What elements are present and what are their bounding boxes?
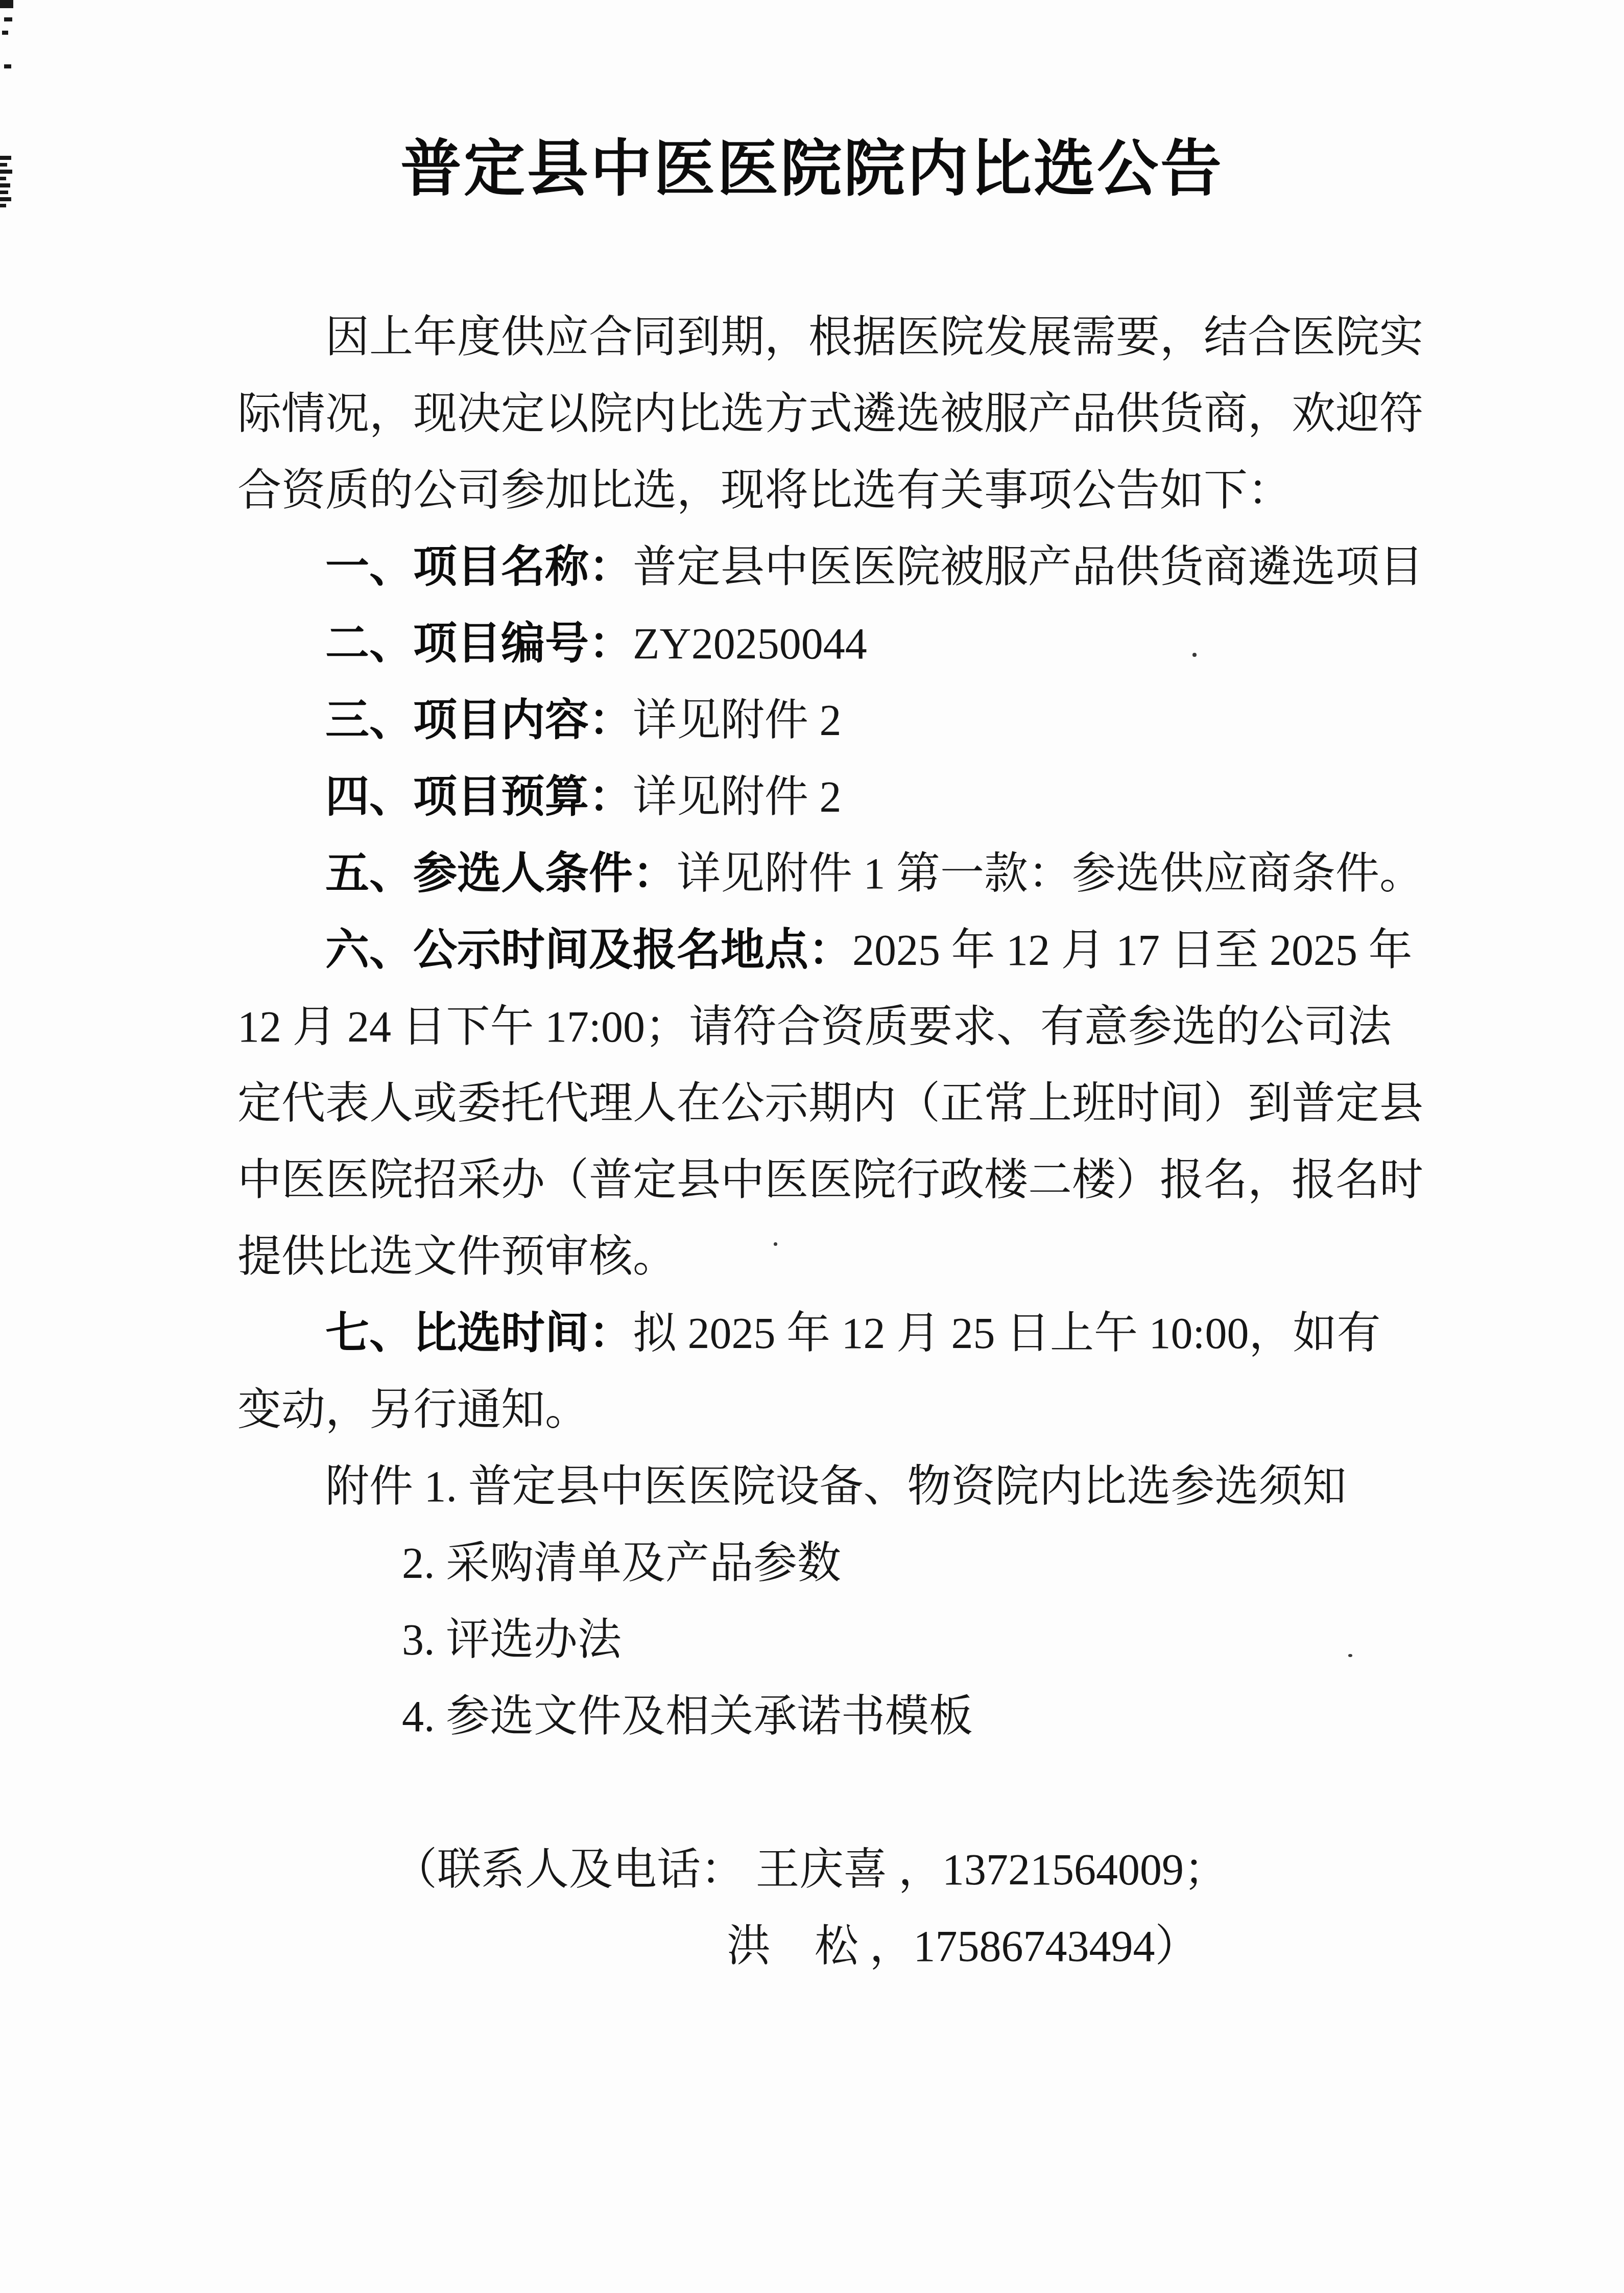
body-line: 七、比选时间：拟 2025 年 12 月 25 日上午 10:00，如有 xyxy=(237,1295,1427,1372)
line-text: 普定县中医医院被服产品供货商遴选项目 xyxy=(633,542,1423,592)
line-text: 际情况，现决定以院内比选方式遴选被服产品供货商，欢迎符 xyxy=(237,389,1423,438)
body-line: 五、参选人条件：详见附件 1 第一款：参选供应商条件。 xyxy=(237,835,1427,912)
body-line: 合资质的公司参加比选，现将比选有关事项公告如下： xyxy=(237,452,1427,529)
blank-line xyxy=(237,1755,1427,1831)
line-text: 详见附件 2 xyxy=(633,772,842,821)
line-text: 变动，另行通知。 xyxy=(237,1385,589,1434)
attachment-item: 附件 1. 普定县中医医院设备、物资院内比选参选须知 xyxy=(325,1462,1347,1511)
body-line: 四、项目预算：详见附件 2 xyxy=(237,759,1427,835)
line-text: 详见附件 1 第一款：参选供应商条件。 xyxy=(677,849,1423,898)
line-text: 合资质的公司参加比选，现将比选有关事项公告如下： xyxy=(237,466,1292,515)
attachment-item: 4. 参选文件及相关承诺书模板 xyxy=(402,1692,973,1741)
body-line: 六、公示时间及报名地点：2025 年 12 月 17 日至 2025 年 xyxy=(237,912,1427,988)
line-text: ZY20250044 xyxy=(633,619,867,668)
contact-info: （联系人及电话： 王庆喜 ，13721564009； xyxy=(393,1845,1228,1894)
body-line: 一、项目名称：普定县中医医院被服产品供货商遴选项目 xyxy=(237,529,1427,605)
item-label: 三、项目内容： xyxy=(325,696,633,745)
item-label: 六、公示时间及报名地点： xyxy=(325,926,852,975)
item-label: 四、项目预算： xyxy=(325,772,633,821)
body-line: 中医医院招采办（普定县中医医院行政楼二楼）报名，报名时 xyxy=(237,1142,1427,1218)
body-line attachment-line: 2. 采购清单及产品参数 xyxy=(237,1525,1427,1601)
document-body: 因上年度供应合同到期，根据医院发展需要，结合医院实 际情况，现决定以院内比选方式… xyxy=(237,299,1427,1984)
body-line: 定代表人或委托代理人在公示期内（正常上班时间）到普定县 xyxy=(237,1065,1427,1142)
body-line: 因上年度供应合同到期，根据医院发展需要，结合医院实 xyxy=(237,299,1427,375)
item-label: 五、参选人条件： xyxy=(325,849,677,898)
body-line: 变动，另行通知。 xyxy=(237,1372,1427,1448)
page-title: 普定县中医医院院内比选公告 xyxy=(0,132,1624,206)
item-label: 七、比选时间： xyxy=(325,1309,633,1358)
line-text: 2025 年 12 月 17 日至 2025 年 xyxy=(852,926,1413,975)
body-line: 提供比选文件预审核。 xyxy=(237,1218,1427,1295)
scan-artifact xyxy=(2,31,8,35)
body-line attachment-line: 4. 参选文件及相关承诺书模板 xyxy=(237,1678,1427,1755)
line-text: 详见附件 2 xyxy=(633,696,842,745)
scan-artifact xyxy=(0,0,13,8)
body-line attachment-line: 附件 1. 普定县中医医院设备、物资院内比选参选须知 xyxy=(237,1448,1427,1525)
item-label: 一、项目名称： xyxy=(325,542,633,592)
body-line: 际情况，现决定以院内比选方式遴选被服产品供货商，欢迎符 xyxy=(237,375,1427,452)
scanned-document-page: 普定县中医医院院内比选公告 因上年度供应合同到期，根据医院发展需要，结合医院实 … xyxy=(0,0,1624,2293)
body-line contact-line: （联系人及电话： 王庆喜 ，13721564009； xyxy=(237,1831,1427,1908)
line-text: 中医医院招采办（普定县中医医院行政楼二楼）报名，报名时 xyxy=(237,1155,1423,1204)
attachment-item: 2. 采购清单及产品参数 xyxy=(402,1539,841,1588)
line-text: 拟 2025 年 12 月 25 日上午 10:00，如有 xyxy=(633,1309,1380,1358)
scan-artifact xyxy=(4,17,12,21)
body-line: 12 月 24 日下午 17:00；请符合资质要求、有意参选的公司法 xyxy=(237,988,1427,1065)
body-line: 二、项目编号：ZY20250044 xyxy=(237,605,1427,682)
body-line attachment-line: 3. 评选办法 xyxy=(237,1601,1427,1678)
scan-artifact xyxy=(4,64,11,68)
line-text: 提供比选文件预审核。 xyxy=(237,1232,677,1281)
body-line: 三、项目内容：详见附件 2 xyxy=(237,682,1427,759)
contact-info: 洪 松 ，17586743494） xyxy=(727,1922,1199,1971)
line-text: 定代表人或委托代理人在公示期内（正常上班时间）到普定县 xyxy=(237,1079,1423,1128)
item-label: 二、项目编号： xyxy=(325,619,633,668)
line-text: 12 月 24 日下午 17:00；请符合资质要求、有意参选的公司法 xyxy=(237,1002,1392,1051)
attachment-item: 3. 评选办法 xyxy=(402,1615,622,1664)
body-line contact-line: 洪 松 ，17586743494） xyxy=(237,1908,1427,1984)
line-text: 因上年度供应合同到期，根据医院发展需要，结合医院实 xyxy=(325,313,1423,362)
